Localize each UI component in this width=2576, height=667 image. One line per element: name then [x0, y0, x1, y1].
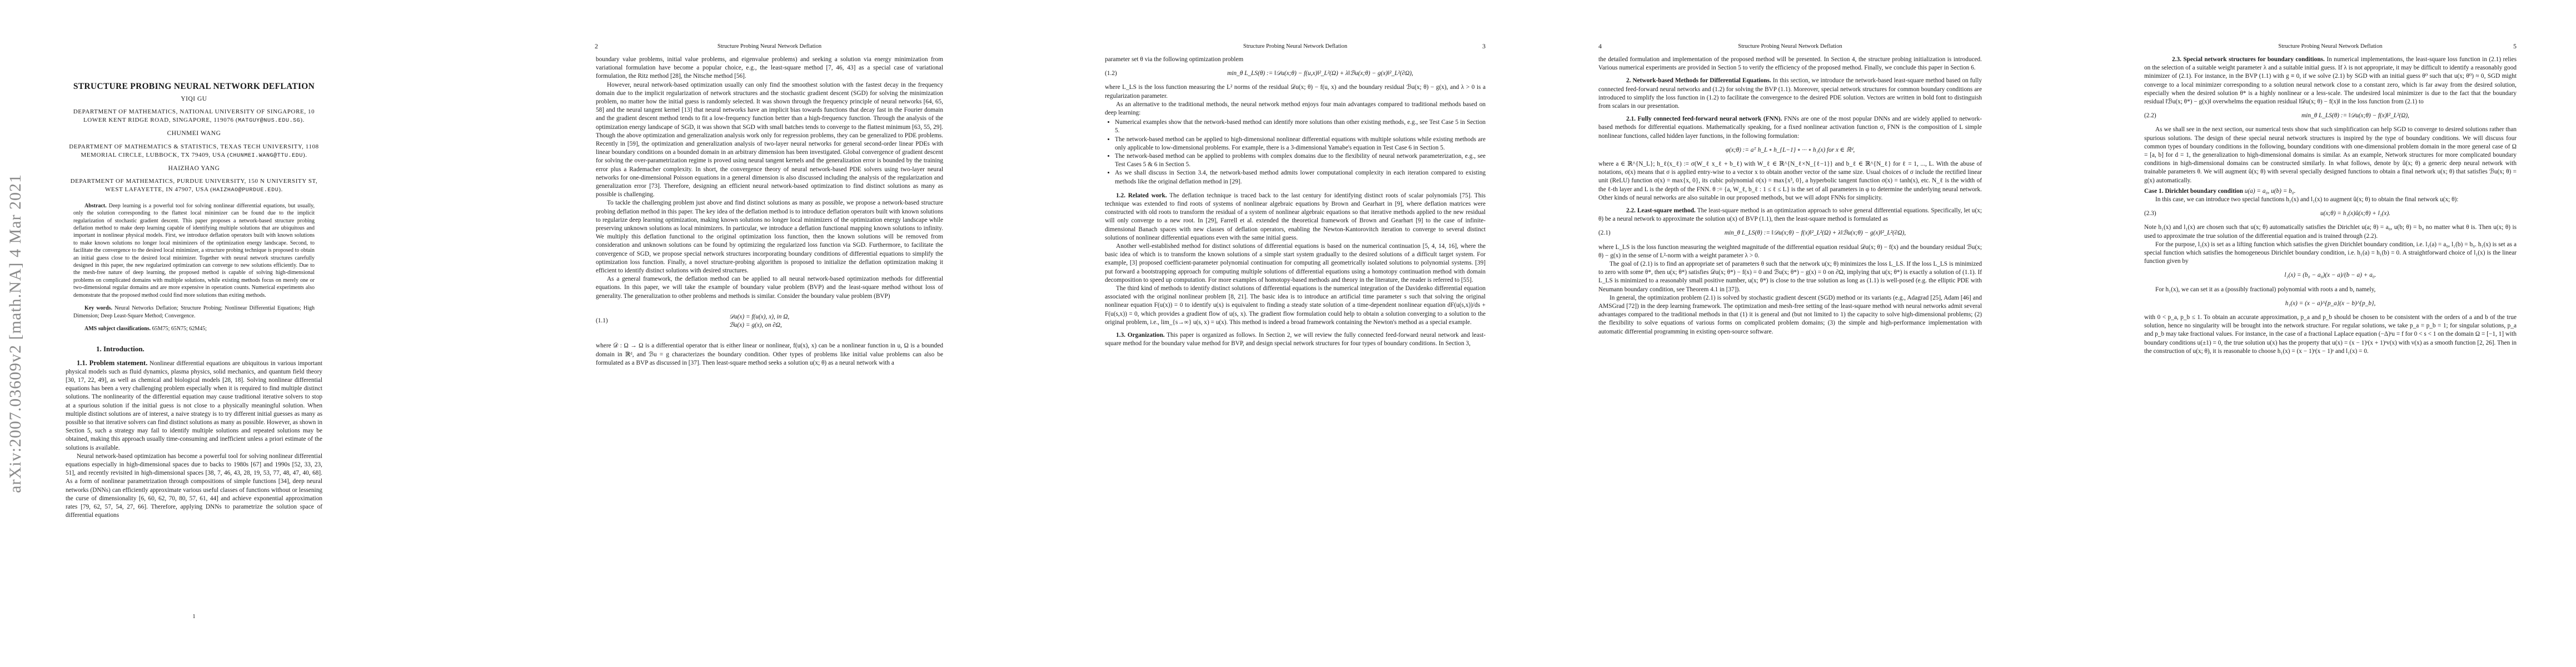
paragraph: where a ∈ ℝ^{N_L}; h_ℓ(x_ℓ) := σ(W_ℓ x_ℓ… [1598, 160, 1982, 202]
equation-number: (2.2) [2144, 112, 2194, 120]
paragraph: parameter set θ via the following optimi… [1105, 56, 1486, 64]
paragraph: 1.1. Problem statement. Nonlinear differ… [66, 359, 322, 452]
subsection-heading: 2.1. Fully connected feed-forward neural… [1626, 116, 1782, 122]
equation-2-3: (2.3) u(x;θ) = h₁(x)û(x;θ) + l₁(x). [2144, 210, 2517, 218]
paragraph: where L_LS is the loss function measurin… [1598, 243, 1982, 260]
equation-2-1: (2.1) min_θ L_LS(θ) := ‖𝒟u(x;θ) − f(x)‖²… [1598, 229, 1982, 237]
paragraph: As we shall see in the next section, our… [2144, 126, 2517, 185]
equation-1-1: (1.1) 𝒟u(x) = f(u(x), x), in Ω, ℬu(x) = … [596, 313, 943, 330]
equation-h1: h₁(x) = (x − a)^{p_a}(x − b)^{p_b}, [2144, 300, 2517, 308]
list-item: As we shall discuss in Section 3.4, the … [1115, 169, 1486, 186]
abstract: Abstract. Deep learning is a powerful to… [66, 202, 322, 299]
paragraph: For h₁(x), we can set it as a (possibly … [2144, 286, 2517, 294]
title-block: STRUCTURE PROBING NEURAL NETWORK DEFLATI… [66, 82, 322, 195]
list-item: The network-based method can be applied … [1115, 136, 1486, 152]
author-email[interactable]: CHUNMEI.WANG@TTU.EDU [230, 153, 303, 159]
paragraph: For the purpose, l₁(x) is set as a lifti… [2144, 241, 2517, 266]
equation-number: (2.3) [2144, 210, 2194, 218]
paragraph: As an alternative to the traditional met… [1105, 101, 1486, 117]
paragraph: boundary value problems, initial value p… [596, 56, 943, 81]
paragraph: 2. Network-based Methods for Differentia… [1598, 77, 1982, 111]
paragraph: The goal of (2.1) is to find an appropri… [1598, 260, 1982, 294]
paragraph: with 0 < p_a, p_b ≤ 1. To obtain an accu… [2144, 313, 2517, 356]
page-number: 1 [66, 613, 322, 620]
paragraph: The third kind of methods to identify di… [1105, 285, 1486, 327]
paragraph: In general, the optimization problem (2.… [1598, 294, 1982, 336]
page-3: Structure Probing Neural Network Deflati… [1105, 0, 1486, 667]
advantages-list: Numerical examples show that the network… [1105, 118, 1486, 186]
author-email[interactable]: HAIZHAO@PURDUE.EDU [213, 187, 279, 193]
equation-number: (1.2) [1105, 69, 1155, 78]
equation-2-2: (2.2) min_θ L_LS(θ) := ‖𝒟u(x;θ) − f(x)‖²… [2144, 112, 2517, 120]
running-head-title: Structure Probing Neural Network Deflati… [2144, 43, 2517, 49]
page-number: 3 [1482, 42, 1486, 51]
paragraph: In this case, we can introduce two speci… [2144, 196, 2517, 204]
paragraph: 1.3. Organization. This paper is organiz… [1105, 331, 1486, 348]
author-affiliation: DEPARTMENT OF MATHEMATICS, NATIONAL UNIV… [66, 108, 322, 125]
paragraph: where 𝒟 : Ω → Ω is a differential operat… [596, 342, 943, 367]
keywords: Key words. Neural Networks Deflation; St… [66, 305, 322, 320]
abstract-label: Abstract. [84, 203, 107, 209]
author-affiliation: DEPARTMENT OF MATHEMATICS & STATISTICS, … [66, 143, 322, 160]
page-5: Structure Probing Neural Network Deflati… [2144, 0, 2517, 667]
author-affiliation: DEPARTMENT OF MATHEMATICS, PURDUE UNIVER… [66, 177, 322, 195]
page-4: 4 Structure Probing Neural Network Defla… [1598, 0, 1982, 667]
paragraph: 2.2. Least-square method. The least-squa… [1598, 207, 1982, 223]
section-heading-introduction: 1. Introduction. [96, 345, 322, 353]
paragraph: Another well-established method for dist… [1105, 242, 1486, 285]
paragraph: 1.2. Related work. The deflation techniq… [1105, 192, 1486, 242]
running-head-title: Structure Probing Neural Network Deflati… [1105, 43, 1486, 49]
page-1: STRUCTURE PROBING NEURAL NETWORK DEFLATI… [66, 0, 322, 667]
equation-number: (1.1) [596, 317, 646, 325]
page-2: 2 Structure Probing Neural Network Defla… [596, 0, 943, 667]
section-heading: 2. Network-based Methods for Differentia… [1626, 77, 1771, 84]
page-number: 5 [2513, 42, 2517, 51]
paragraph: As a general framework, the deflation me… [596, 275, 943, 301]
subsection-heading: 2.3. Special network structures for boun… [2172, 56, 2325, 63]
paragraph: Neural network-based optimization has be… [66, 452, 322, 520]
abstract-text: Deep learning is a powerful tool for sol… [73, 203, 315, 298]
paragraph: where L_LS is the loss function measurin… [1105, 83, 1486, 100]
subsection-heading: 1.1. Problem statement. [77, 359, 147, 367]
subsection-heading: 1.3. Organization. [1116, 332, 1165, 339]
author-name: HAIZHAO YANG [66, 165, 322, 173]
equation-number: (2.1) [1598, 229, 1648, 237]
paragraph: 2.3. Special network structures for boun… [2144, 56, 2517, 106]
author-name: CHUNMEI WANG [66, 130, 322, 138]
arxiv-identifier-text: arXiv:2007.03609v2 [math.NA] 4 Mar 2021 [6, 174, 25, 493]
equation-fnn: φ(x;θ) := aᵀ h_L ∘ h_{L−1} ∘ ··· ∘ h₁(x)… [1598, 146, 1982, 155]
equation-l1: l₁(x) = (b₀ − a₀)(x − a)/(b − a) + a₀. [2144, 271, 2517, 280]
paper-title: STRUCTURE PROBING NEURAL NETWORK DEFLATI… [66, 82, 322, 91]
paragraph: Note h₁(x) and l₁(x) are chosen such tha… [2144, 223, 2517, 240]
list-item: The network-based method can be applied … [1115, 152, 1486, 169]
ams-classifications: AMS subject classifications. 65M75; 65N7… [66, 325, 322, 332]
arxiv-identifier-stamp: arXiv:2007.03609v2 [math.NA] 4 Mar 2021 [4, 83, 27, 584]
subsection-heading: 2.2. Least-square method. [1626, 207, 1696, 214]
running-head-title: Structure Probing Neural Network Deflati… [1598, 43, 1982, 49]
list-item: Numerical examples show that the network… [1115, 118, 1486, 135]
subsection-heading: 1.2. Related work. [1116, 192, 1167, 199]
running-head-title: Structure Probing Neural Network Deflati… [596, 43, 943, 49]
equation-1-2: (1.2) min_θ L_LS(θ) := ‖𝒟u(x;θ) − f(u,x)… [1105, 69, 1486, 78]
paragraph: To tackle the challenging problem just a… [596, 199, 943, 275]
paragraph: However, neural network-based optimizati… [596, 81, 943, 200]
author-email[interactable]: MATGUY@NUS.EDU.SG [238, 118, 300, 124]
paragraph: the detailed formulation and implementat… [1598, 56, 1982, 72]
author-name: YIQI GU [66, 95, 322, 103]
paragraph: 2.1. Fully connected feed-forward neural… [1598, 115, 1982, 141]
case-heading: Case 1. Dirichlet boundary condition u(a… [2144, 187, 2517, 196]
